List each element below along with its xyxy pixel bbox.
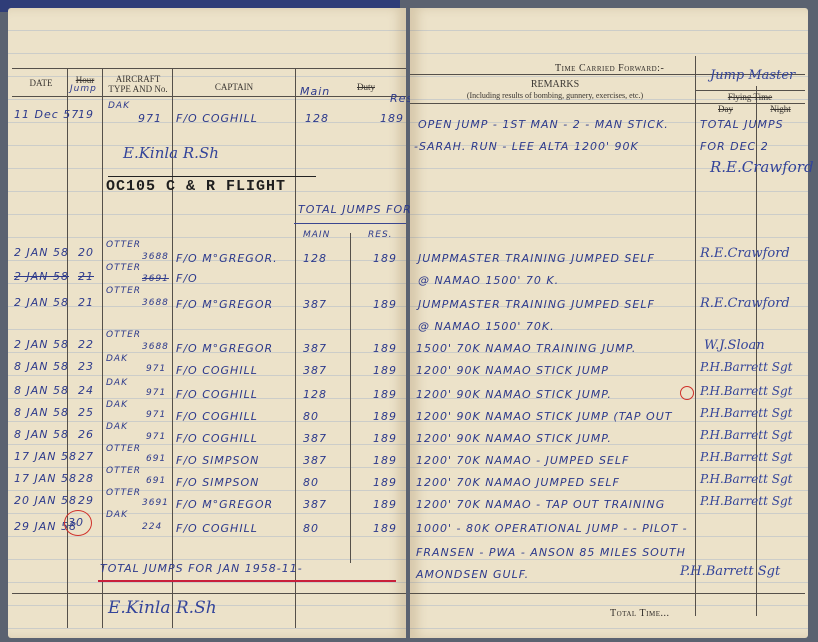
entry-3-remarks-2: @ NAMAO 1500' 70K.	[418, 320, 555, 333]
entry-0-remarks: OPEN JUMP - 1ST MAN - 2 - MAN STICK.	[418, 118, 669, 131]
entry-3-jump: 21	[78, 296, 94, 309]
entry-10-aircraft-type: OTTER	[106, 466, 141, 476]
entry-5-res: 189	[373, 364, 397, 377]
night-struck: Night	[758, 104, 803, 114]
header-date: DATE	[16, 78, 66, 88]
header-bottom-rule	[12, 96, 406, 97]
entry-7-main: 80	[303, 410, 319, 423]
entry-9-jump: 27	[78, 450, 94, 463]
entry-2-aircraft-no: 3691	[142, 274, 169, 284]
time-carried-forward-label: Time Carried Forward:-	[555, 63, 664, 74]
entry-9-main: 387	[303, 454, 327, 467]
entry-8-date: 8 JAN 58	[14, 428, 69, 441]
month-total-label: TOTAL JUMPS FOR JAN 1958-11-	[100, 562, 303, 575]
red-small-mark	[680, 386, 694, 400]
entry-5-captain: F/O COGHILL	[176, 364, 258, 377]
entry-4-jump: 22	[78, 338, 94, 351]
entry-12-remarks-2: FRANSEN - PWA - ANSON 85 MILES SOUTH	[416, 546, 686, 559]
entry-1-signature: R.E.Crawford	[700, 246, 790, 261]
entry-9-date: 17 JAN 58	[14, 450, 77, 463]
entry-8-res: 189	[373, 432, 397, 445]
entry-11-res: 189	[373, 498, 397, 511]
entry-11-jump: 29	[78, 494, 94, 507]
entry-10-res: 189	[373, 476, 397, 489]
entry-3-captain: F/O M°GREGOR	[176, 298, 273, 311]
entry-5-aircraft-no: 971	[146, 364, 166, 374]
entry-12-remarks: 1000' - 80K OPERATIONAL JUMP - - PILOT -	[416, 522, 688, 535]
entry-11-main: 387	[303, 498, 327, 511]
col-line-remarks	[695, 56, 696, 616]
entry-6-jump: 24	[78, 384, 94, 397]
entry-3-remarks: JUMPMASTER TRAINING JUMPED SELF	[418, 298, 655, 311]
entry-9-res: 189	[373, 454, 397, 467]
entry-1-remarks-2: @ NAMAO 1500' 70 K.	[418, 274, 559, 287]
entry-12-jump: 30	[68, 516, 84, 529]
remarks-header: REMARKS	[430, 80, 680, 90]
flying-time-rule	[695, 90, 805, 91]
logbook-left-page: DATE Hour Jump AIRCRAFT TYPE AND No. CAP…	[8, 8, 406, 638]
entry-6-main: 128	[303, 388, 327, 401]
entry-4-signature: W.J.Sloan	[704, 338, 765, 353]
entry-0-captain: F/O COGHILL	[176, 112, 258, 125]
entry-9-aircraft-type: OTTER	[106, 444, 141, 454]
entry-11-captain: F/O M°GREGOR	[176, 498, 273, 511]
entry-10-remarks: 1200' 70K NAMAO JUMPED SELF	[416, 476, 620, 489]
entry-0-aircraft-type: DAK	[108, 101, 130, 111]
entry-0-main: 128	[305, 112, 329, 125]
day-struck: Day	[698, 104, 753, 114]
entry-1-main: 128	[303, 252, 327, 265]
header-main: Main	[300, 85, 330, 98]
entry-10-main: 80	[303, 476, 319, 489]
entry-7-aircraft-type: DAK	[106, 400, 128, 410]
entry-3-aircraft-no: 3688	[142, 298, 169, 308]
logbook-right-page: Time Carried Forward:- REMARKS (Includin…	[410, 8, 808, 638]
entry-3-signature: R.E.Crawford	[700, 296, 790, 311]
entry-1-date: 2 JAN 58	[14, 246, 69, 259]
entry-1-captain: F/O M°GREGOR.	[176, 252, 278, 265]
entry-3-aircraft-type: OTTER	[106, 286, 141, 296]
entry-6-signature: P.H.Barrett Sgt	[700, 384, 792, 398]
entry-9-aircraft-no: 691	[146, 454, 166, 464]
entry-10-jump: 28	[78, 472, 94, 485]
entry-2-date: 2 JAN 58	[14, 270, 69, 283]
dec-total-line1: TOTAL JUMPS	[700, 118, 784, 131]
entry-7-captain: F/O COGHILL	[176, 410, 258, 423]
entry-1-aircraft-type: OTTER	[106, 240, 141, 250]
entry-3-main: 387	[303, 298, 327, 311]
entry-1-remarks: JUMPMASTER TRAINING JUMPED SELF	[418, 252, 655, 265]
remarks-subheader: (Including results of bombing, gunnery, …	[420, 91, 690, 101]
entry-8-captain: F/O COGHILL	[176, 432, 258, 445]
entry-7-date: 8 JAN 58	[14, 406, 69, 419]
entry-12-aircraft-no: 224	[142, 522, 162, 532]
entry-7-signature: P.H.Barrett Sgt	[700, 406, 792, 420]
header-duty-struck: Duty	[346, 82, 386, 92]
entry-9-captain: F/O SIMPSON	[176, 454, 259, 467]
year-total-rule	[294, 223, 406, 224]
entry-0-aircraft-no: 971	[138, 112, 162, 125]
entry-3-date: 2 JAN 58	[14, 296, 69, 309]
entry-12-res: 189	[373, 522, 397, 535]
total-time-label: Total Time...	[610, 608, 669, 619]
header-captain: CAPTAIN	[174, 82, 294, 92]
entry-8-remarks: 1200' 90K NAMAO STICK JUMP.	[416, 432, 612, 445]
entry-8-jump: 26	[78, 428, 94, 441]
jump-master-handwritten: Jump Master	[710, 68, 795, 83]
entry-10-date: 17 JAN 58	[14, 472, 77, 485]
entry-7-jump: 25	[78, 406, 94, 419]
stamp-rule	[108, 176, 316, 177]
entry-10-aircraft-no: 691	[146, 476, 166, 486]
entry-0-res: 189	[380, 112, 404, 125]
entry-4-captain: F/O M°GREGOR	[176, 342, 273, 355]
entry-8-signature: P.H.Barrett Sgt	[700, 428, 792, 442]
entry-4-main: 387	[303, 342, 327, 355]
dec-total-line2: FOR DEC 2	[700, 140, 769, 153]
entry-5-signature: P.H.Barrett Sgt	[700, 360, 792, 374]
entry-11-signature: P.H.Barrett Sgt	[700, 494, 792, 508]
entry-6-remarks: 1200' 90K NAMAO STICK JUMP.	[416, 388, 612, 401]
entry-11-aircraft-type: OTTER	[106, 488, 141, 498]
entry-12-aircraft-type: DAK	[106, 510, 128, 520]
entry-10-captain: F/O SIMPSON	[176, 476, 259, 489]
col-line-captain	[295, 68, 296, 628]
entry-0-remarks-2: -SARAH. RUN - LEE ALTA 1200' 90K	[414, 140, 639, 153]
col-line-main	[350, 233, 351, 563]
entry-9-signature: P.H.Barrett Sgt	[700, 450, 792, 464]
entry-2-aircraft-type: OTTER	[106, 263, 141, 273]
col-line-jump	[102, 68, 103, 628]
entry-8-aircraft-no: 971	[146, 432, 166, 442]
entry-9-remarks: 1200' 70K NAMAO - JUMPED SELF	[416, 454, 629, 467]
entry-12-captain: F/O COGHILL	[176, 522, 258, 535]
entry-1-aircraft-no: 3688	[142, 252, 169, 262]
bottom-signature: E.Kinla R.Sh	[108, 598, 217, 618]
header-jump: Jump	[70, 84, 97, 94]
entry-12-remarks-3: AMONDSEN GULF.	[416, 568, 529, 581]
entry-8-aircraft-type: DAK	[106, 422, 128, 432]
footer-rule-right	[410, 593, 805, 594]
entry-11-remarks: 1200' 70K NAMAO - TAP OUT TRAINING	[416, 498, 665, 511]
entry-2-jump: 21	[78, 270, 94, 283]
subheader-res: RES.	[368, 230, 393, 240]
entry-5-remarks: 1200' 90K NAMAO STICK JUMP	[416, 364, 609, 377]
entry-0-date: 11 Dec 57	[14, 108, 79, 121]
red-underline	[98, 580, 396, 582]
entry-7-remarks: 1200' 90K NAMAO STICK JUMP (TAP OUT	[416, 410, 672, 423]
entry-4-date: 2 JAN 58	[14, 338, 69, 351]
flying-time-struck: Flying Time	[700, 92, 800, 102]
entry-6-captain: F/O COGHILL	[176, 388, 258, 401]
entry-3-res: 189	[373, 298, 397, 311]
stamp-signature: E.Kinla R.Sh	[123, 144, 219, 162]
entry-6-aircraft-type: DAK	[106, 378, 128, 388]
header-aircraft: AIRCRAFT TYPE AND No.	[104, 74, 172, 94]
entry-4-aircraft-type: OTTER	[106, 330, 141, 340]
subheader-main: MAIN	[303, 230, 330, 240]
entry-4-aircraft-no: 3688	[142, 342, 169, 352]
entry-5-jump: 23	[78, 360, 94, 373]
entry-4-remarks: 1500' 70K NAMAO TRAINING JUMP.	[416, 342, 636, 355]
entry-12-signature: P.H.Barrett Sgt	[680, 564, 780, 579]
entry-12-main: 80	[303, 522, 319, 535]
entry-11-aircraft-no: 3691	[142, 498, 169, 508]
entry-11-date: 20 JAN 58	[14, 494, 77, 507]
entry-7-aircraft-no: 971	[146, 410, 166, 420]
entry-0-jump: 19	[78, 108, 94, 121]
entry-6-date: 8 JAN 58	[14, 384, 69, 397]
entry-6-res: 189	[373, 388, 397, 401]
oc105-flight-stamp: OC105 C & R FLIGHT	[106, 178, 286, 195]
entry-1-res: 189	[373, 252, 397, 265]
entry-5-main: 387	[303, 364, 327, 377]
entry-5-date: 8 JAN 58	[14, 360, 69, 373]
dec-total-signature: R.E.Crawford	[710, 158, 814, 176]
footer-rule	[12, 593, 406, 594]
entry-10-signature: P.H.Barrett Sgt	[700, 472, 792, 486]
entry-6-aircraft-no: 971	[146, 388, 166, 398]
entry-2-captain: F/O	[176, 272, 198, 285]
header-top-rule	[12, 68, 406, 69]
entry-1-jump: 20	[78, 246, 94, 259]
entry-7-res: 189	[373, 410, 397, 423]
entry-4-res: 189	[373, 342, 397, 355]
entry-5-aircraft-type: DAK	[106, 354, 128, 364]
entry-8-main: 387	[303, 432, 327, 445]
